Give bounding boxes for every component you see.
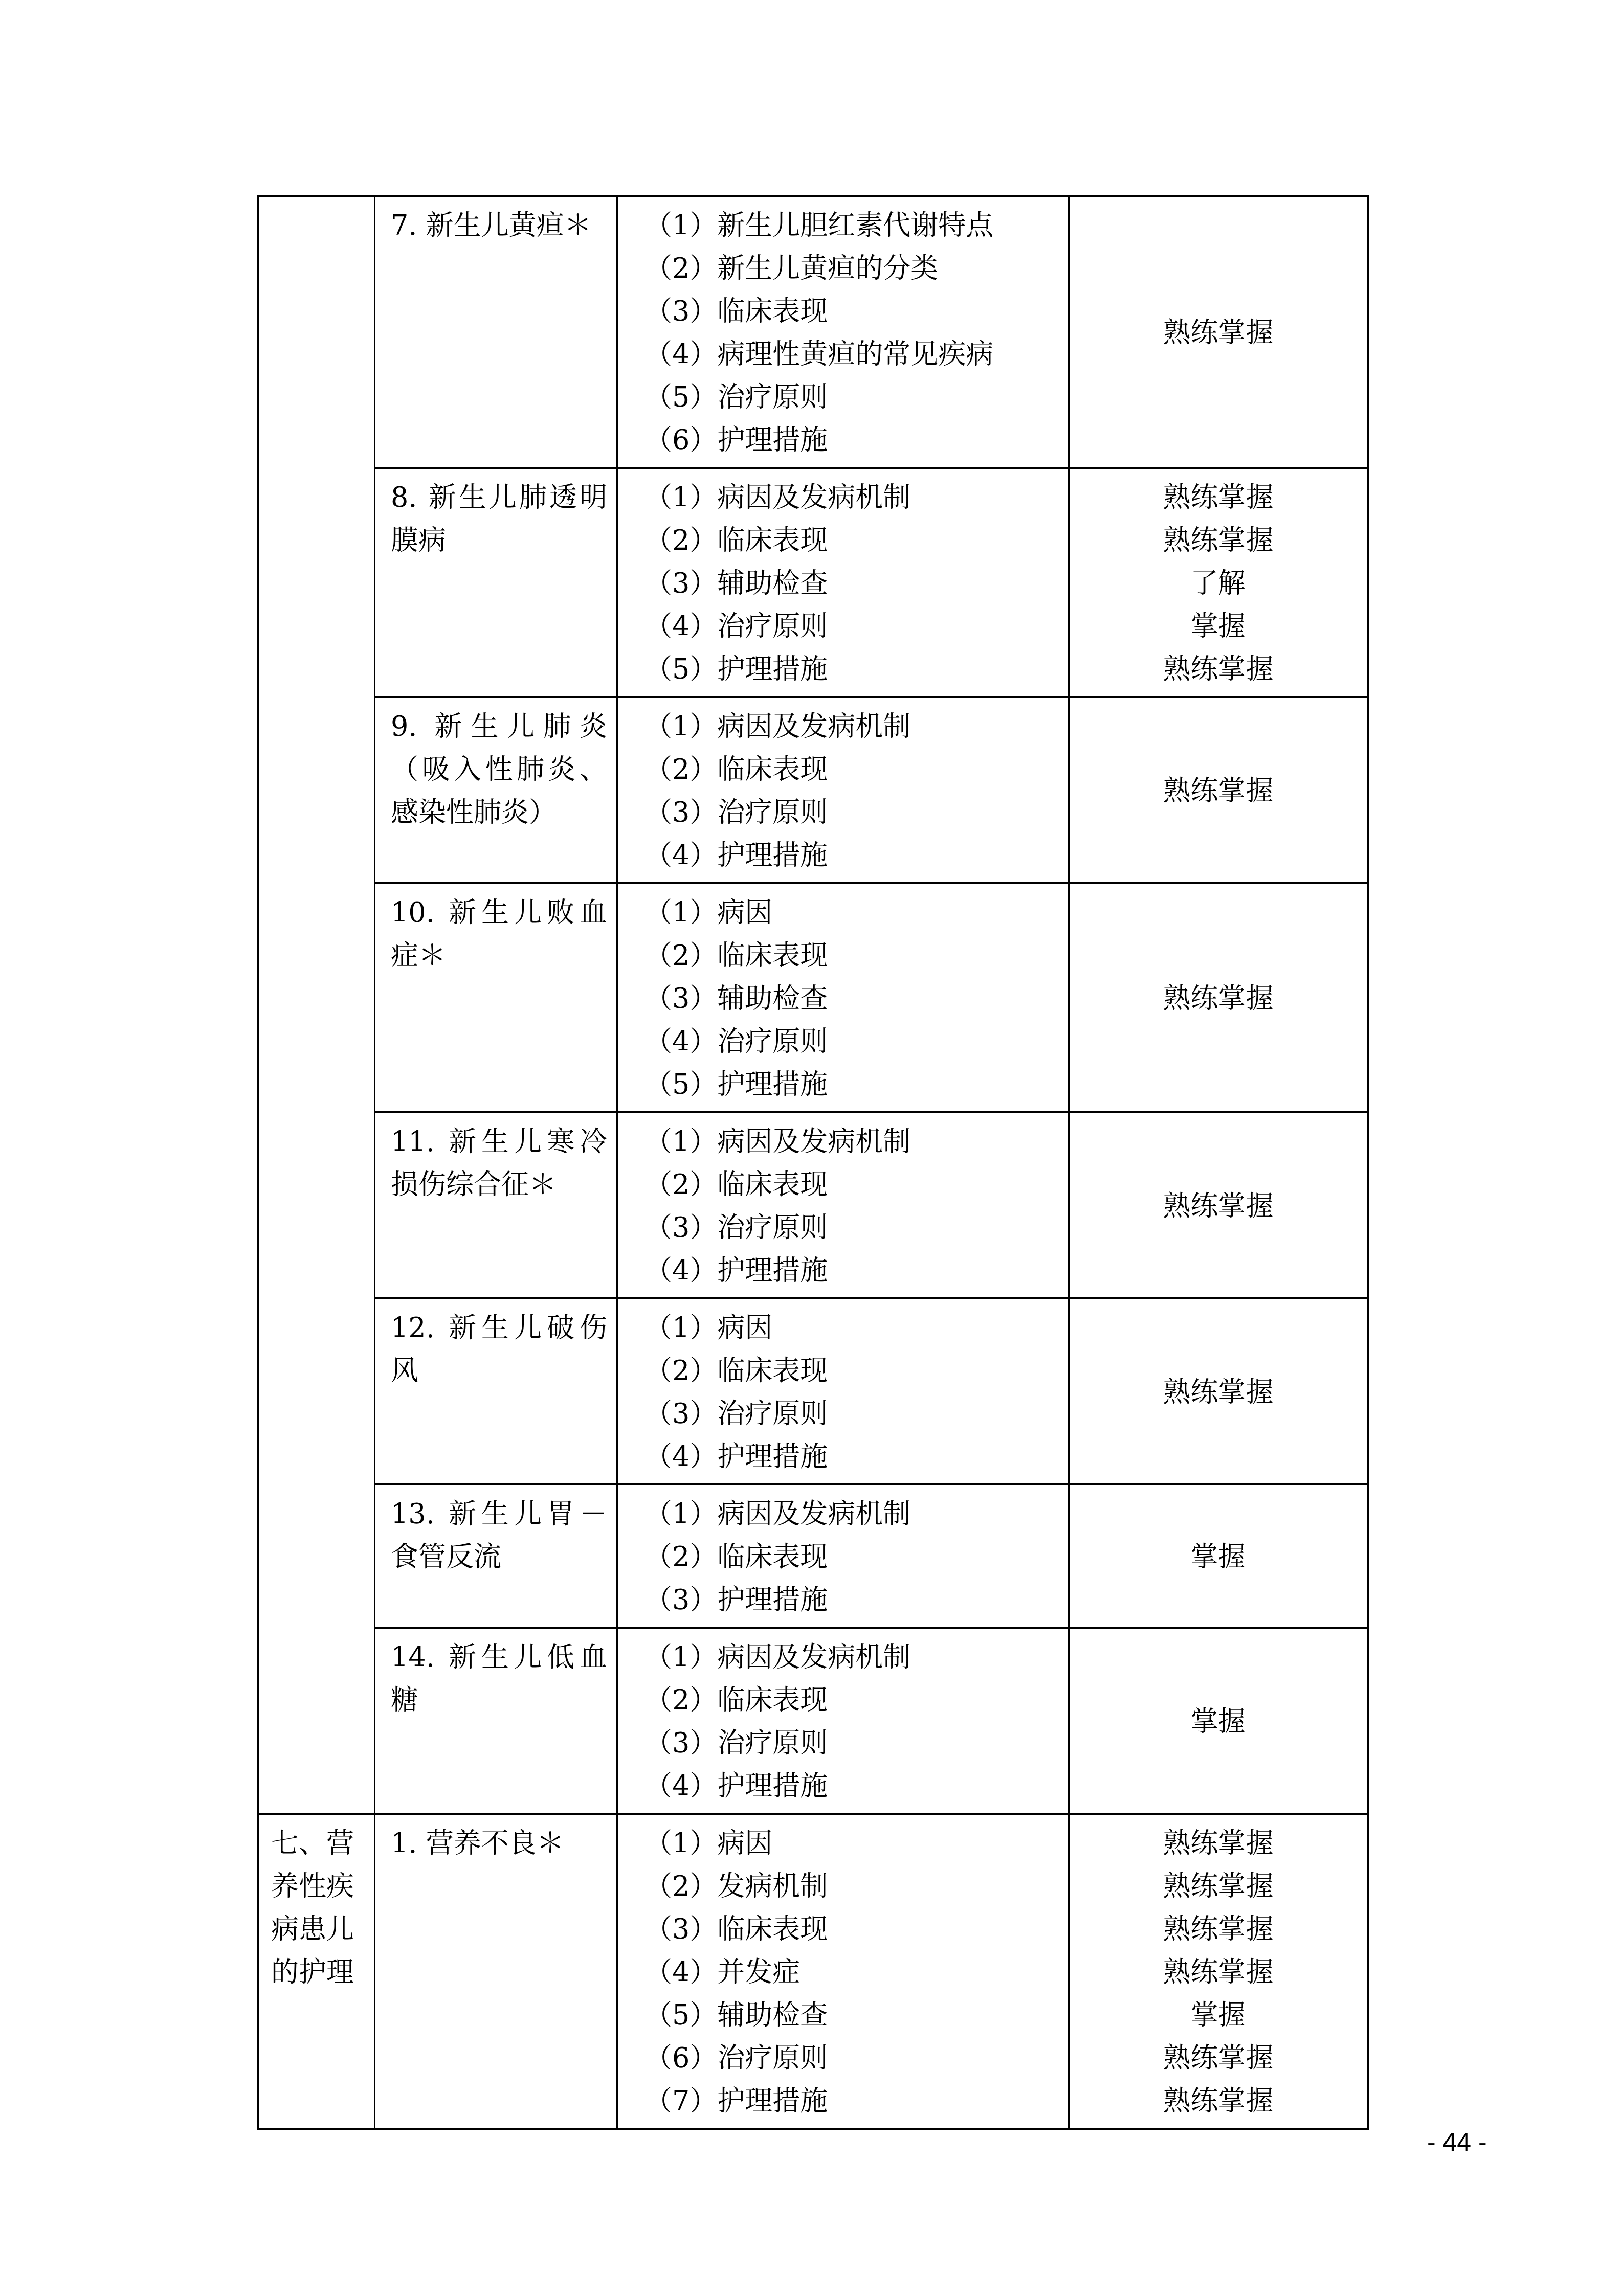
content-item: （2）临床表现 <box>644 748 1063 791</box>
requirement-level: 掌握 <box>1070 605 1367 648</box>
topic-cell: 7. 新生儿黄疸＊ <box>375 197 618 467</box>
content-item: （3）护理措施 <box>644 1579 1063 1622</box>
content-item: （1）病因及发病机制 <box>644 1493 1063 1536</box>
content-item: （4）并发症 <box>644 1951 1063 1994</box>
table-row: 1. 营养不良＊（1）病因（2）发病机制（3）临床表现（4）并发症（5）辅助检查… <box>375 1815 1367 2128</box>
content-item: （4）护理措施 <box>644 1435 1063 1478</box>
content-item: （1）病因 <box>644 891 1063 934</box>
content-items-cell: （1）病因及发病机制（2）临床表现（3）护理措施 <box>618 1485 1070 1627</box>
table-row: 14. 新生儿低血糖（1）病因及发病机制（2）临床表现（3）治疗原则（4）护理措… <box>375 1627 1367 1813</box>
content-item: （5）治疗原则 <box>644 376 1063 419</box>
requirement-level: 熟练掌握 <box>1070 770 1367 813</box>
content-item: （2）临床表现 <box>644 1349 1063 1392</box>
table-row: 13. 新生儿胃－食管反流（1）病因及发病机制（2）临床表现（3）护理措施掌握 <box>375 1483 1367 1627</box>
requirement-level: 掌握 <box>1070 1536 1367 1579</box>
requirement-level: 掌握 <box>1070 1700 1367 1743</box>
content-item: （1）病因 <box>644 1307 1063 1349</box>
content-item: （4）治疗原则 <box>644 605 1063 648</box>
content-items-cell: （1）病因及发病机制（2）临床表现（3）治疗原则（4）护理措施 <box>618 698 1070 882</box>
requirement-level: 熟练掌握 <box>1070 2037 1367 2080</box>
requirement-level-cell: 熟练掌握 <box>1070 698 1367 882</box>
topic-cell: 10. 新生儿败血症＊ <box>375 884 618 1111</box>
content-item: （2）临床表现 <box>644 1679 1063 1722</box>
requirement-level: 熟练掌握 <box>1070 519 1367 562</box>
content-item: （2）临床表现 <box>644 1163 1063 1206</box>
requirement-level: 熟练掌握 <box>1070 2080 1367 2123</box>
content-item: （2）临床表现 <box>644 519 1063 562</box>
content-item: （5）护理措施 <box>644 648 1063 691</box>
category-cell: 七、营养性疾病患儿的护理 <box>259 1815 375 2128</box>
content-item: （3）临床表现 <box>644 290 1063 333</box>
content-items-cell: （1）病因（2）临床表现（3）治疗原则（4）护理措施 <box>618 1299 1070 1483</box>
content-item: （4）治疗原则 <box>644 1020 1063 1063</box>
content-item: （1）病因及发病机制 <box>644 1120 1063 1163</box>
requirement-level: 掌握 <box>1070 1994 1367 2037</box>
content-item: （5）护理措施 <box>644 1063 1063 1106</box>
content-item: （2）发病机制 <box>644 1865 1063 1908</box>
requirement-level: 熟练掌握 <box>1070 648 1367 691</box>
requirement-level: 熟练掌握 <box>1070 476 1367 519</box>
requirement-level-cell: 掌握 <box>1070 1485 1367 1627</box>
requirement-level-cell: 熟练掌握 <box>1070 884 1367 1111</box>
content-item: （1）病因及发病机制 <box>644 476 1063 519</box>
requirement-level-cell: 熟练掌握 <box>1070 1299 1367 1483</box>
topic-cell: 13. 新生儿胃－食管反流 <box>375 1485 618 1627</box>
requirement-level: 熟练掌握 <box>1070 1908 1367 1951</box>
requirement-level: 熟练掌握 <box>1070 1865 1367 1908</box>
content-item: （2）临床表现 <box>644 934 1063 977</box>
requirement-level: 熟练掌握 <box>1070 1185 1367 1228</box>
topic-cell: 1. 营养不良＊ <box>375 1815 618 2128</box>
content-items-cell: （1）病因及发病机制（2）临床表现（3）治疗原则（4）护理措施 <box>618 1629 1070 1813</box>
content-item: （3）临床表现 <box>644 1908 1063 1951</box>
topic-cell: 14. 新生儿低血糖 <box>375 1629 618 1813</box>
content-item: （3）辅助检查 <box>644 562 1063 605</box>
topic-cell: 11. 新生儿寒冷损伤综合征＊ <box>375 1113 618 1297</box>
content-item: （4）病理性黄疸的常见疾病 <box>644 333 1063 376</box>
content-items-cell: （1）病因（2）临床表现（3）辅助检查（4）治疗原则（5）护理措施 <box>618 884 1070 1111</box>
requirement-level: 熟练掌握 <box>1070 1822 1367 1865</box>
content-item: （4）护理措施 <box>644 1249 1063 1292</box>
requirement-level: 熟练掌握 <box>1070 1371 1367 1414</box>
topic-cell: 8. 新生儿肺透明膜病 <box>375 469 618 696</box>
content-item: （4）护理措施 <box>644 834 1063 877</box>
content-items-cell: （1）病因及发病机制（2）临床表现（3）辅助检查（4）治疗原则（5）护理措施 <box>618 469 1070 696</box>
requirement-level: 熟练掌握 <box>1070 977 1367 1020</box>
requirement-level-cell: 熟练掌握熟练掌握了解掌握熟练掌握 <box>1070 469 1367 696</box>
content-item: （1）新生儿胆红素代谢特点 <box>644 204 1063 247</box>
content-item: （1）病因及发病机制 <box>644 705 1063 748</box>
requirement-level-cell: 熟练掌握 <box>1070 1113 1367 1297</box>
content-item: （2）新生儿黄疸的分类 <box>644 247 1063 290</box>
table-row: 12. 新生儿破伤风（1）病因（2）临床表现（3）治疗原则（4）护理措施熟练掌握 <box>375 1297 1367 1483</box>
topic-cell: 12. 新生儿破伤风 <box>375 1299 618 1483</box>
requirement-level: 了解 <box>1070 562 1367 605</box>
content-item: （3）治疗原则 <box>644 1722 1063 1765</box>
table-group: 7. 新生儿黄疸＊（1）新生儿胆红素代谢特点（2）新生儿黄疸的分类（3）临床表现… <box>259 197 1367 1813</box>
content-item: （1）病因 <box>644 1822 1063 1865</box>
content-item: （3）辅助检查 <box>644 977 1063 1020</box>
content-item: （4）护理措施 <box>644 1765 1063 1808</box>
content-item: （3）治疗原则 <box>644 791 1063 834</box>
page-number: - 44 - <box>1427 2127 1487 2157</box>
requirement-level: 熟练掌握 <box>1070 311 1367 354</box>
content-item: （3）治疗原则 <box>644 1206 1063 1249</box>
table-row: 9. 新生儿肺炎（吸入性肺炎、感染性肺炎）（1）病因及发病机制（2）临床表现（3… <box>375 696 1367 882</box>
content-item: （6）治疗原则 <box>644 2037 1063 2080</box>
content-items-cell: （1）病因（2）发病机制（3）临床表现（4）并发症（5）辅助检查（6）治疗原则（… <box>618 1815 1070 2128</box>
content-item: （2）临床表现 <box>644 1536 1063 1579</box>
table-row: 8. 新生儿肺透明膜病（1）病因及发病机制（2）临床表现（3）辅助检查（4）治疗… <box>375 467 1367 696</box>
content-item: （3）治疗原则 <box>644 1392 1063 1435</box>
requirement-level: 熟练掌握 <box>1070 1951 1367 1994</box>
content-item: （6）护理措施 <box>644 419 1063 462</box>
table-row: 10. 新生儿败血症＊（1）病因（2）临床表现（3）辅助检查（4）治疗原则（5）… <box>375 882 1367 1111</box>
requirement-level-cell: 熟练掌握 <box>1070 197 1367 467</box>
category-cell <box>259 197 375 1813</box>
table-group: 七、营养性疾病患儿的护理1. 营养不良＊（1）病因（2）发病机制（3）临床表现（… <box>259 1813 1367 2128</box>
content-item: （1）病因及发病机制 <box>644 1636 1063 1679</box>
content-item: （7）护理措施 <box>644 2080 1063 2123</box>
table-row: 7. 新生儿黄疸＊（1）新生儿胆红素代谢特点（2）新生儿黄疸的分类（3）临床表现… <box>375 197 1367 467</box>
requirement-level-cell: 熟练掌握熟练掌握熟练掌握熟练掌握掌握熟练掌握熟练掌握 <box>1070 1815 1367 2128</box>
syllabus-table: 7. 新生儿黄疸＊（1）新生儿胆红素代谢特点（2）新生儿黄疸的分类（3）临床表现… <box>257 195 1369 2130</box>
content-items-cell: （1）新生儿胆红素代谢特点（2）新生儿黄疸的分类（3）临床表现（4）病理性黄疸的… <box>618 197 1070 467</box>
content-items-cell: （1）病因及发病机制（2）临床表现（3）治疗原则（4）护理措施 <box>618 1113 1070 1297</box>
requirement-level-cell: 掌握 <box>1070 1629 1367 1813</box>
topic-cell: 9. 新生儿肺炎（吸入性肺炎、感染性肺炎） <box>375 698 618 882</box>
content-item: （5）辅助检查 <box>644 1994 1063 2037</box>
table-row: 11. 新生儿寒冷损伤综合征＊（1）病因及发病机制（2）临床表现（3）治疗原则（… <box>375 1111 1367 1297</box>
